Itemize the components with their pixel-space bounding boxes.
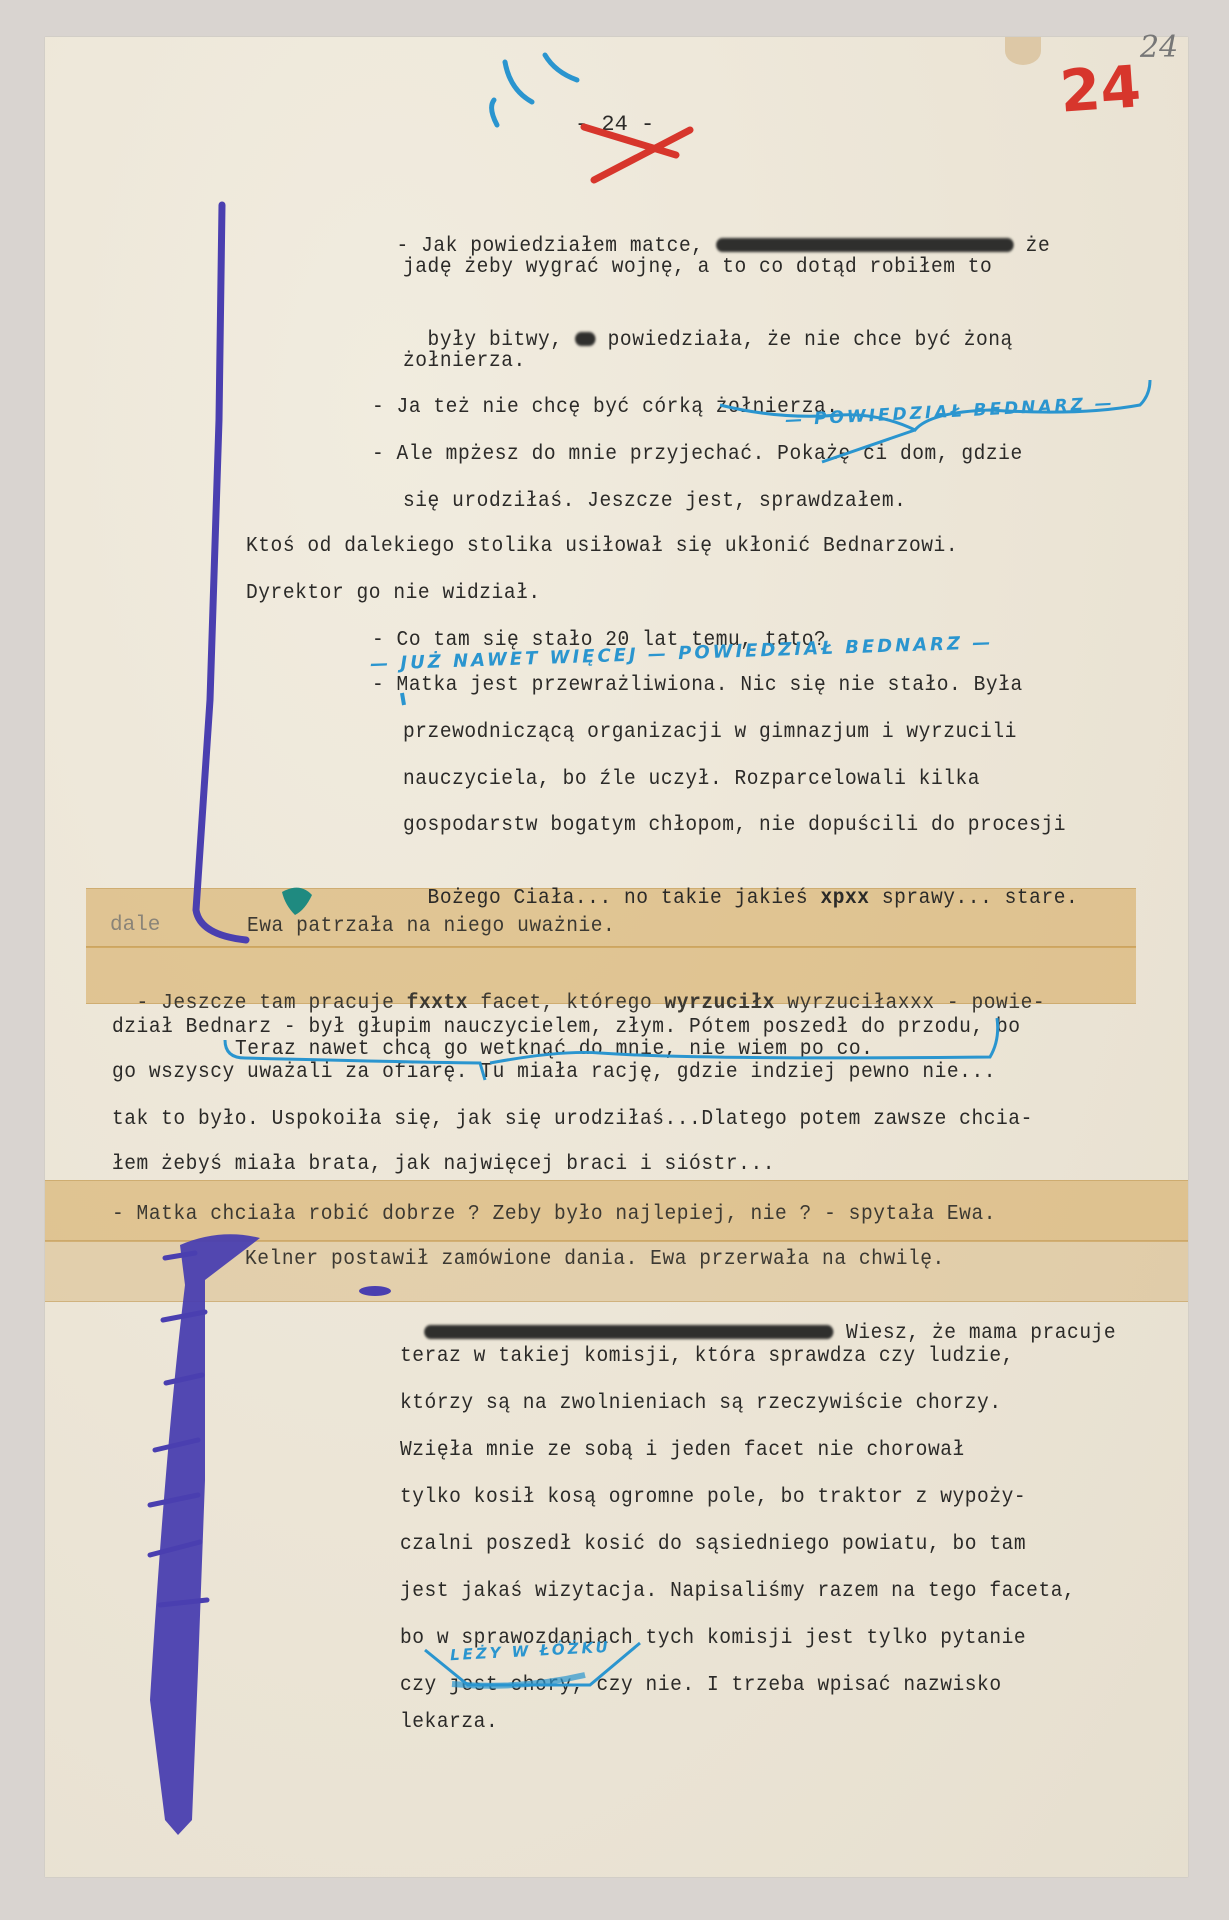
text-line: tak to było. Uspokoiła się, jak się urod… [112, 1107, 1033, 1133]
pencil-page-number: 24 [1140, 30, 1178, 65]
red-page-number: 24 [1058, 52, 1143, 125]
text-segment: że [1013, 235, 1050, 258]
text-line: Wzięła mnie ze sobą i jeden facet nie ch… [400, 1438, 965, 1464]
text-line: Bożego Ciała... no takie jakieś xpxx spr… [403, 860, 1078, 912]
struck-text: xpxx [820, 887, 869, 910]
text-segment: facet, którego [468, 992, 664, 1015]
text-line: łem żebyś miała brata, jak najwięcej bra… [112, 1152, 775, 1178]
text-line: były bitwy, powiedziała, że nie chce być… [403, 302, 1013, 354]
text-line: - Matka chciała robić dobrze ? Zeby było… [112, 1202, 996, 1228]
text-segment: Wiesz, że mama pracuje [834, 1322, 1116, 1345]
text-line: czalni poszedł kosić do sąsiedniego powi… [400, 1532, 1026, 1558]
paper-stain [1005, 37, 1041, 65]
redaction-blot [575, 332, 595, 346]
struck-text: fxxtx [407, 992, 468, 1015]
redaction-blot [425, 1325, 834, 1339]
text-line: tylko kosił kosą ogromne pole, bo trakto… [400, 1485, 1026, 1511]
text-line: Ktoś od dalekiego stolika usiłował się u… [246, 534, 958, 560]
text-segment: Bożego Ciała... no takie jakieś [428, 887, 821, 910]
text-line: - Jeszcze tam pracuje fxxtx facet, które… [112, 965, 1045, 1017]
struck-text: wyrzuciłx [665, 992, 776, 1015]
text-segment: sprawy... stare. [870, 887, 1079, 910]
margin-note-dale: dale [110, 914, 160, 937]
text-line: się urodziłaś. Jeszcze jest, sprawdzałem… [403, 489, 906, 515]
typed-page-number: - 24 - [575, 112, 654, 137]
text-line: żołnierza. [403, 349, 526, 375]
text-segment: powiedziała, że nie chce być żoną [595, 329, 1012, 352]
text-line: jadę żeby wygrać wojnę, a to co dotąd ro… [403, 255, 992, 281]
text-line: czy jest chory, czy nie. I trzeba wpisać… [400, 1673, 1002, 1699]
text-line: Kelner postawił zamówione dania. Ewa prz… [245, 1247, 945, 1273]
text-line: gospodarstw bogatym chłopom, nie dopuści… [403, 813, 1066, 839]
text-line: jest jakaś wizytacja. Napisaliśmy razem … [400, 1579, 1075, 1605]
text-segment: wyrzuciłaxxx [775, 992, 935, 1015]
text-line: Wiesz, że mama pracuje [400, 1295, 1116, 1347]
text-line: Dyrektor go nie widział. [246, 581, 541, 607]
text-line: go wszyscy uważali za ofiarę. Tu miała r… [112, 1060, 996, 1086]
text-line: - Ja też nie chcę być córką żołnierza. [372, 395, 839, 421]
text-line: przewodniczącą organizacji w gimnazjum i… [403, 720, 1017, 746]
text-line: - Ale mpżesz do mnie przyjechać. Pokażę … [372, 442, 1023, 468]
text-line: teraz w takiej komisji, która sprawdza c… [400, 1344, 1014, 1370]
text-segment: - powie- [935, 992, 1046, 1015]
redaction-blot [716, 238, 1014, 252]
text-line: - Jak powiedziałem matce, że [372, 208, 1050, 260]
text-segment: - Jeszcze tam pracuje [137, 992, 407, 1015]
text-line: Ewa patrzała na niego uważnie. [247, 914, 615, 940]
text-line: którzy są na zwolnieniach są rzeczywiści… [400, 1391, 1002, 1417]
text-line: lekarza. [400, 1710, 498, 1736]
text-line: - Matka jest przewrażliwiona. Nic się ni… [372, 673, 1023, 699]
text-line: nauczyciela, bo źle uczył. Rozparcelowal… [403, 767, 980, 793]
